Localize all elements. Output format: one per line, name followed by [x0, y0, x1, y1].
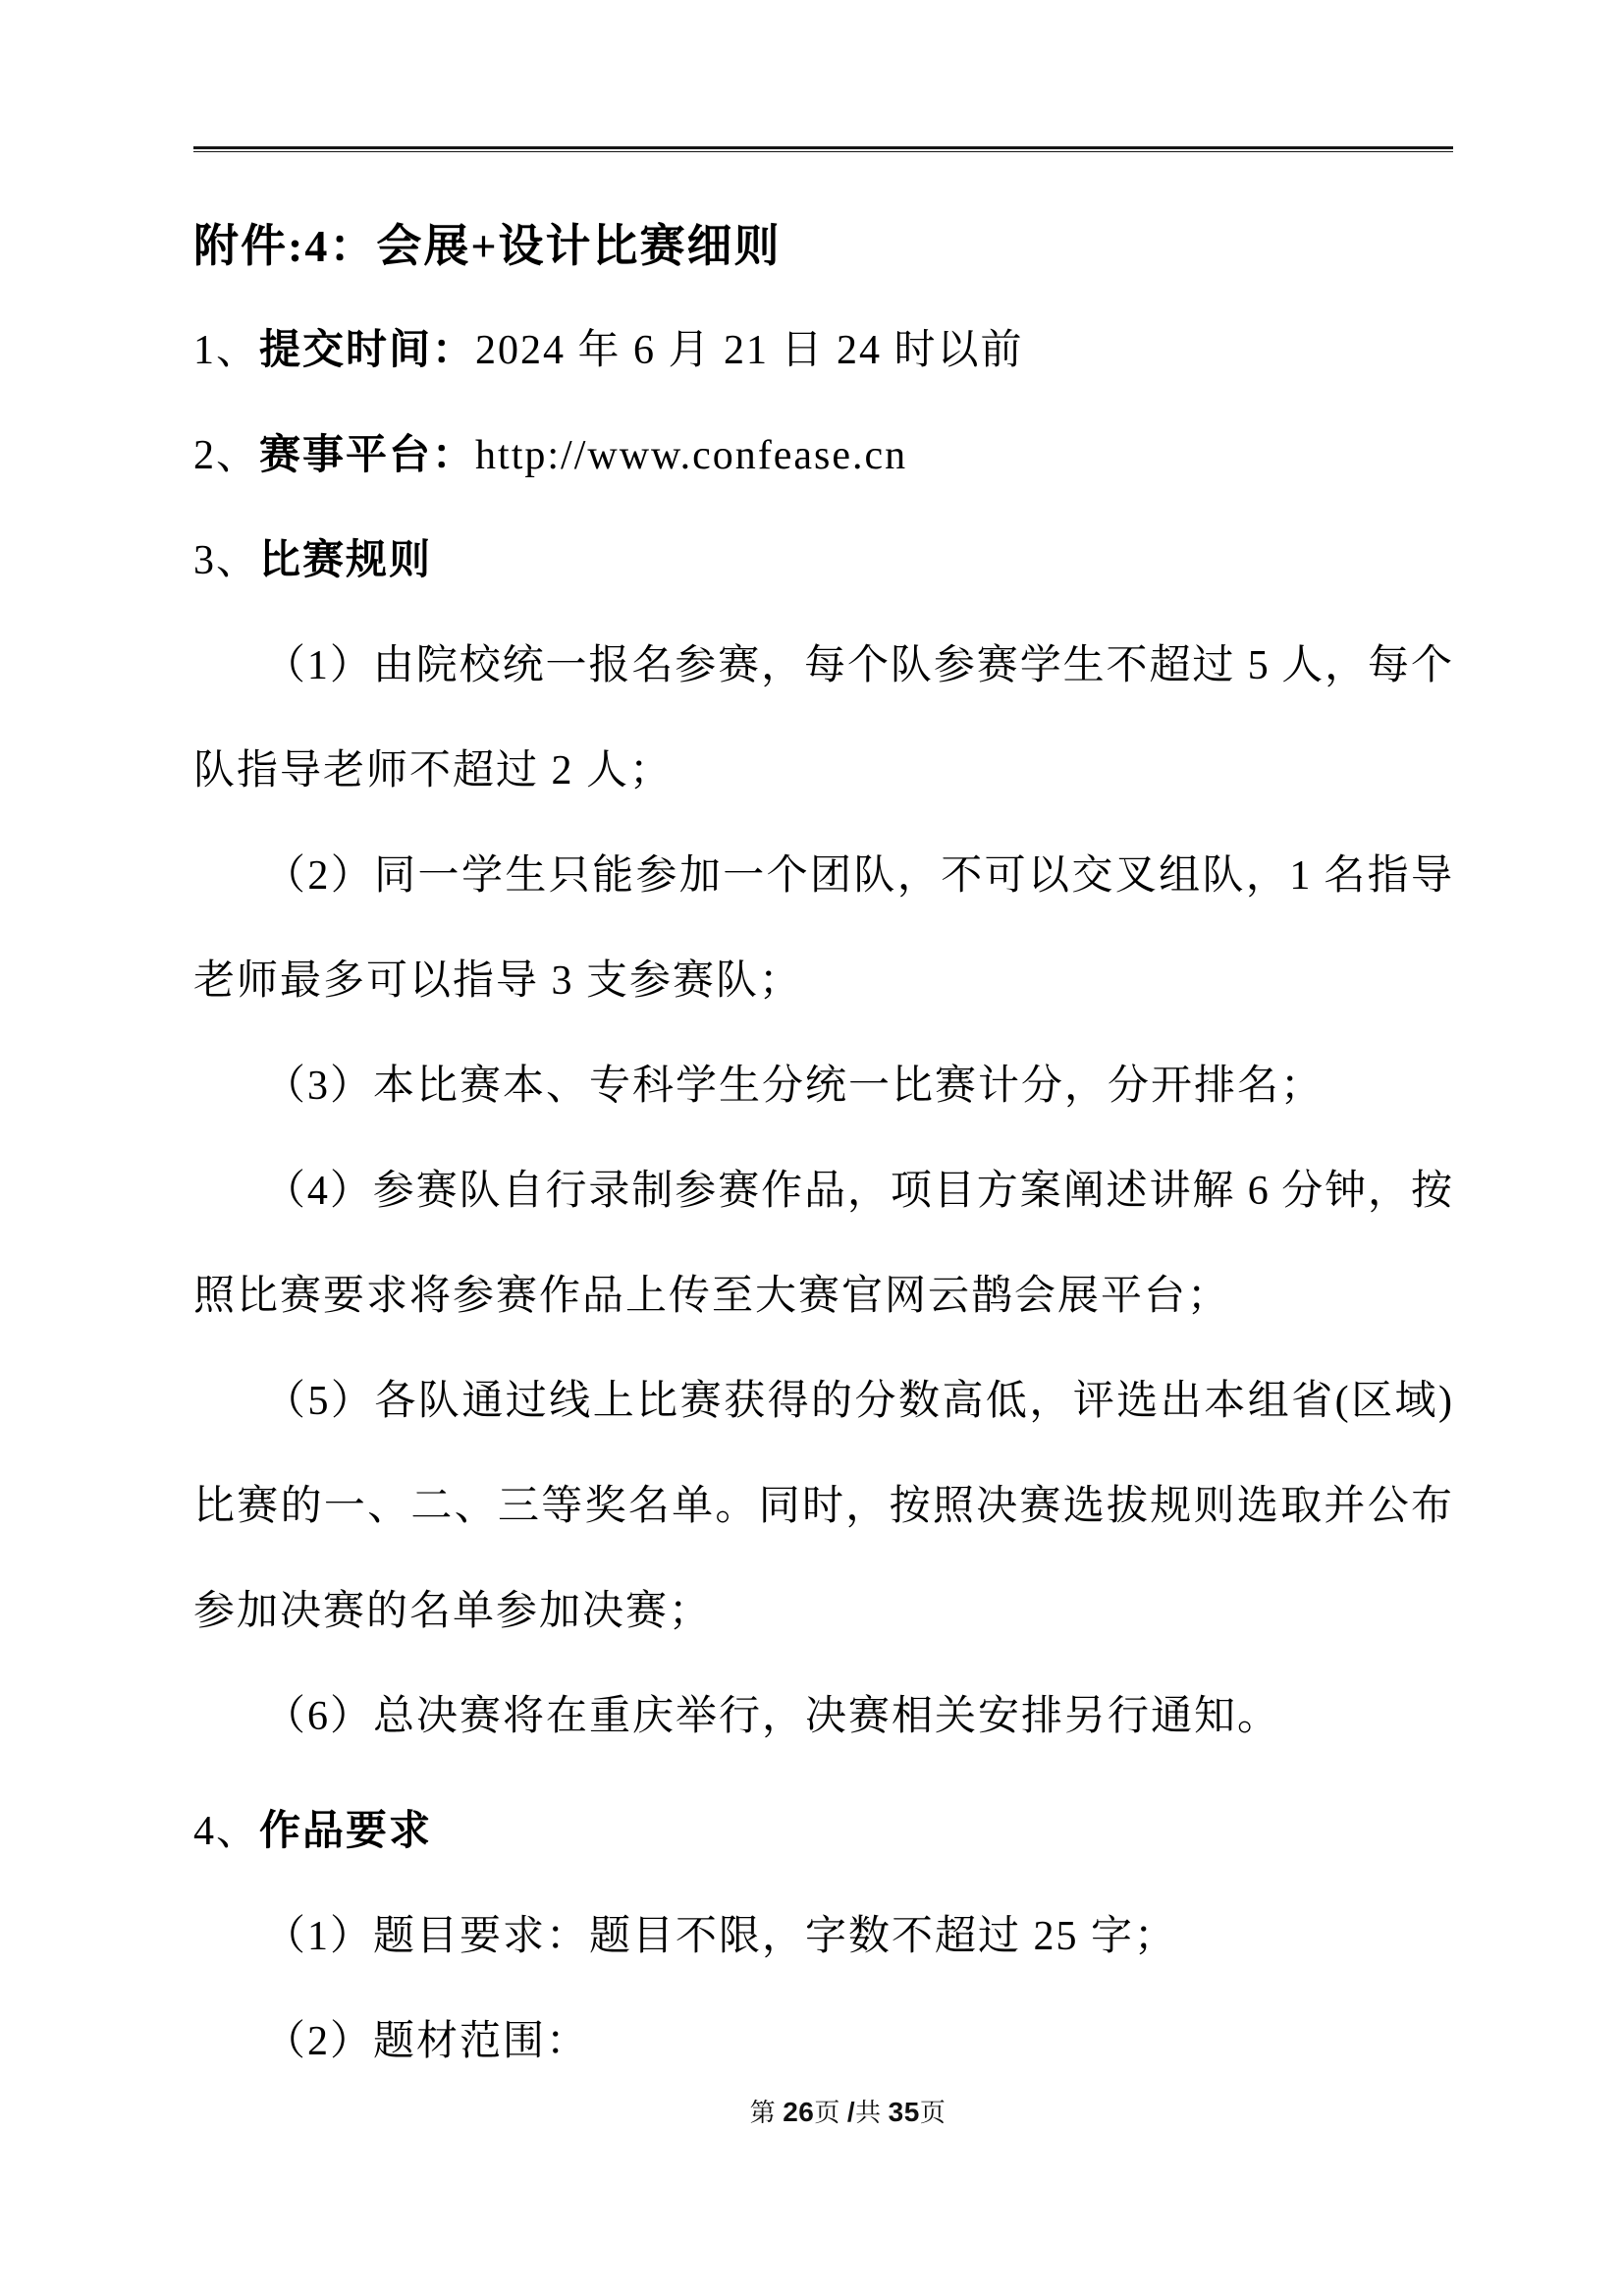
rule-4-line-1: （4）参赛队自行录制参赛作品，项目方案阐述讲解 6 分钟，按	[193, 1139, 1453, 1244]
heading-work-requirements: 4、作品要求	[193, 1779, 1453, 1885]
text-run: 第	[750, 2099, 784, 2127]
text-run: http://www.confease.cn	[475, 433, 907, 478]
document-page: 附件:4：会展+设计比赛细则1、提交时间：2024 年 6 月 21 日 24 …	[0, 0, 1623, 2296]
item-platform: 2、赛事平台：http://www.confease.cn	[193, 404, 1453, 509]
text-run: 1、	[193, 328, 259, 373]
work-req-1: （1）题目要求：题目不限，字数不超过 25 字；	[193, 1885, 1453, 1990]
rule-4-line-2: 照比赛要求将参赛作品上传至大赛官网云鹊会展平台；	[193, 1244, 1453, 1349]
rule-2-line-2: 老师最多可以指导 3 支参赛队；	[193, 929, 1453, 1034]
text-run: 2、	[193, 433, 259, 478]
text-run: 参加决赛的名单参加决赛；	[193, 1589, 712, 1634]
page-footer: 第 26页 /共 35页	[218, 2097, 1478, 2129]
text-run: （6）总决赛将在重庆举行，决赛相关安排另行通知。	[264, 1694, 1280, 1739]
text-run: （5）各队通过线上比赛获得的分数高低，评选出本组省(区域)	[264, 1379, 1453, 1424]
text-run: 页	[920, 2099, 947, 2127]
text-run: 35	[889, 2097, 920, 2127]
text-run: 4、	[193, 1809, 259, 1854]
text-run: （2）题材范围：	[264, 2019, 589, 2064]
text-run: 作品要求	[259, 1809, 432, 1854]
rule-2-line-1: （2）同一学生只能参加一个团队，不可以交叉组队，1 名指导	[193, 824, 1453, 929]
text-run: 共	[855, 2099, 889, 2127]
work-req-2: （2）题材范围：	[193, 1990, 1453, 2095]
header-divider	[193, 146, 1453, 152]
rule-5-line-1: （5）各队通过线上比赛获得的分数高低，评选出本组省(区域)	[193, 1349, 1453, 1454]
text-run: 26	[783, 2097, 814, 2127]
text-run: （2）同一学生只能参加一个团队，不可以交叉组队，1 名指导	[264, 853, 1453, 899]
text-run: （1）题目要求：题目不限，字数不超过 25 字；	[264, 1914, 1177, 1959]
text-run: 页	[814, 2099, 847, 2127]
document-content: 附件:4：会展+设计比赛细则1、提交时间：2024 年 6 月 21 日 24 …	[193, 193, 1453, 2129]
text-run: 比赛规则	[259, 538, 432, 583]
text-run: 队指导老师不超过 2 人；	[193, 748, 673, 793]
text-run: （1）由院校统一报名参赛，每个队参赛学生不超过 5 人，每个	[264, 643, 1453, 688]
text-run: /	[847, 2097, 855, 2127]
text-run: 照比赛要求将参赛作品上传至大赛官网云鹊会展平台；	[193, 1274, 1230, 1319]
text-run: 赛事平台：	[259, 433, 475, 478]
rule-1-line-2: 队指导老师不超过 2 人；	[193, 719, 1453, 824]
text-run: 提交时间：	[259, 328, 475, 373]
text-run: （4）参赛队自行录制参赛作品，项目方案阐述讲解 6 分钟，按	[264, 1169, 1453, 1214]
document-body-lines: 附件:4：会展+设计比赛细则1、提交时间：2024 年 6 月 21 日 24 …	[193, 193, 1453, 2095]
rule-1-line-1: （1）由院校统一报名参赛，每个队参赛学生不超过 5 人，每个	[193, 614, 1453, 719]
text-run: 比赛的一、二、三等奖名单。同时，按照决赛选拔规则选取并公布	[193, 1484, 1453, 1529]
rule-5-line-2: 比赛的一、二、三等奖名单。同时，按照决赛选拔规则选取并公布	[193, 1454, 1453, 1559]
text-run: （3）本比赛本、专科学生分统一比赛计分，分开排名；	[264, 1064, 1324, 1109]
text-run: 3、	[193, 538, 259, 583]
rule-5-line-3: 参加决赛的名单参加决赛；	[193, 1559, 1453, 1665]
rule-3: （3）本比赛本、专科学生分统一比赛计分，分开排名；	[193, 1034, 1453, 1139]
attachment-title: 附件:4：会展+设计比赛细则	[193, 193, 1453, 299]
rule-6: （6）总决赛将在重庆举行，决赛相关安排另行通知。	[193, 1665, 1453, 1770]
heading-competition-rules: 3、比赛规则	[193, 509, 1453, 614]
text-run: 老师最多可以指导 3 支参赛队；	[193, 958, 802, 1004]
text-run: 2024 年 6 月 21 日 24 时以前	[475, 328, 1024, 373]
item-submission-time: 1、提交时间：2024 年 6 月 21 日 24 时以前	[193, 299, 1453, 404]
text-run: 附件:4：会展+设计比赛细则	[193, 221, 782, 271]
